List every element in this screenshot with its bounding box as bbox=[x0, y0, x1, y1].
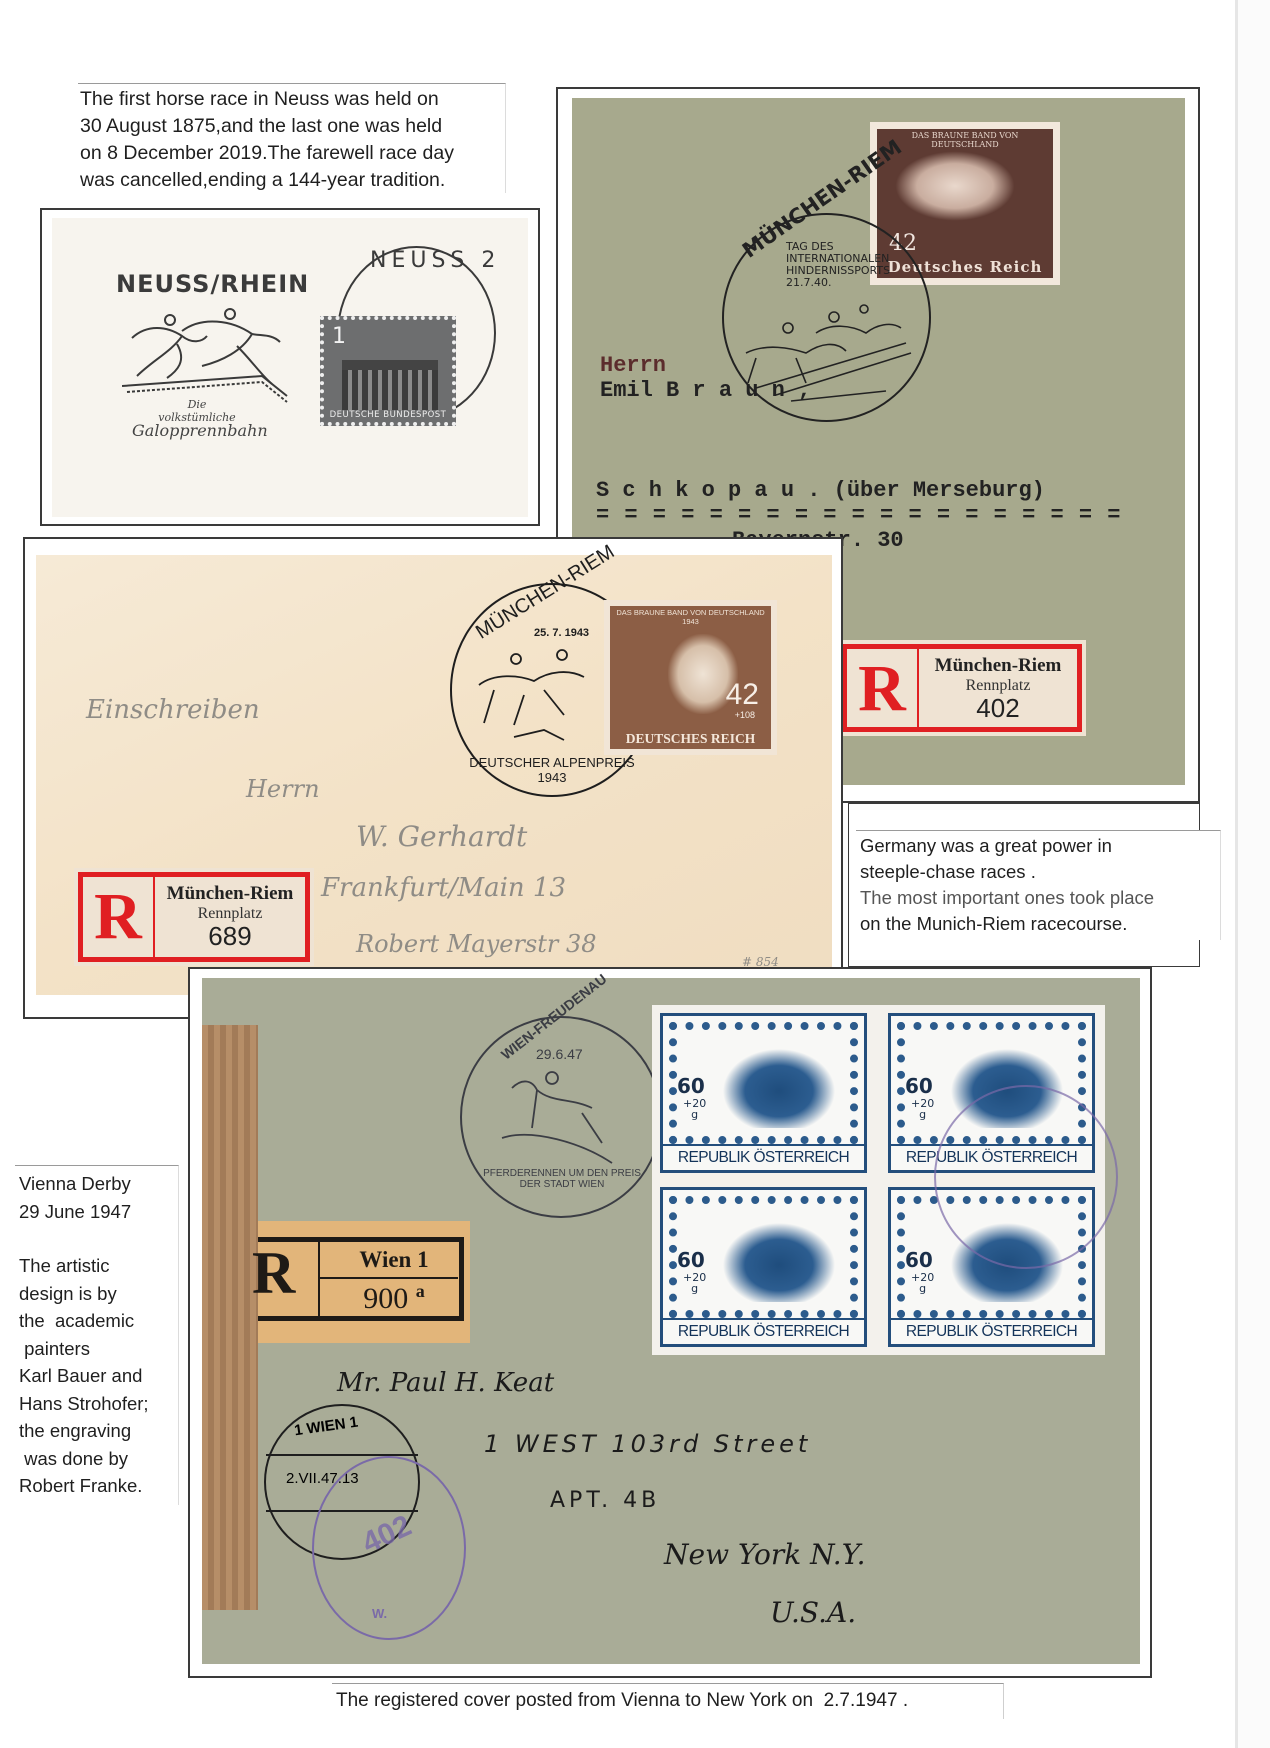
stamp-country: DEUTSCHE BUNDESPOST bbox=[324, 410, 452, 420]
note-line: 30 August 1875,and the last one was held bbox=[80, 113, 505, 140]
brandenburg-gate-stamp: 1 DEUTSCHE BUNDESPOST bbox=[320, 316, 456, 426]
address-salutation: Herrn bbox=[600, 353, 666, 378]
censor-tape bbox=[202, 1025, 258, 1610]
registration-office: München-Riem bbox=[155, 883, 305, 905]
registration-number: 402 bbox=[919, 693, 1077, 724]
unit: g bbox=[919, 1108, 926, 1121]
censor-number: 402 bbox=[357, 1509, 417, 1561]
note-line: Hans Strohofer; bbox=[19, 1390, 178, 1418]
pencil-name: W. Gerhardt bbox=[356, 820, 527, 853]
registration-office: Wien 1 bbox=[324, 1247, 464, 1273]
note-line: the engraving bbox=[19, 1417, 178, 1445]
austria-stamp: 60 +20g REPUBLIK ÖSTERREICH bbox=[660, 1013, 867, 1173]
jumping-horse-icon bbox=[474, 645, 594, 745]
horse-with-jockey-icon bbox=[719, 1046, 839, 1128]
postmark-city: 1 WIEN 1 bbox=[293, 1414, 359, 1440]
braunes-band-1943-stamp: DAS BRAUNE BAND VON DEUTSCHLAND 1943 42 … bbox=[604, 600, 777, 755]
stamp-surcharge: +20g bbox=[911, 1272, 934, 1294]
pencil-registered-mark: Einschreiben bbox=[86, 695, 260, 725]
pencil-salutation: Herrn bbox=[246, 775, 320, 803]
note-line: on the Munich-Riem racecourse. bbox=[860, 911, 1220, 937]
page-edge bbox=[1235, 0, 1238, 1748]
note-line: was done by bbox=[19, 1445, 178, 1473]
unit: g bbox=[691, 1282, 698, 1295]
stamp-value: 42 bbox=[726, 678, 759, 712]
pencil-address-line: Frankfurt/Main 13 bbox=[321, 873, 566, 903]
cancel-date: 29.6.47 bbox=[536, 1046, 583, 1062]
registration-label-wien: R Wien 1 900 a bbox=[258, 1221, 470, 1343]
slogan-title: NEUSS/RHEIN bbox=[116, 270, 309, 298]
quadriga-icon bbox=[895, 151, 1015, 221]
neuss-card: NEUSS/RHEIN Die volkstümliche Galopprenn… bbox=[52, 218, 528, 517]
address-line: APT. 4B bbox=[550, 1488, 660, 1513]
vienna-1947-cover: WIEN-FREUDENAU 29.6.47 PFERDERENNEN UM D… bbox=[202, 978, 1140, 1664]
cancel-date: 25. 7. 1943 bbox=[534, 627, 589, 639]
suffix: a bbox=[416, 1281, 425, 1301]
stamp-country: DEUTSCHES REICH bbox=[610, 731, 771, 747]
cancel-event: PFERDERENNEN UM DEN PREIS DER STADT WIEN bbox=[472, 1168, 652, 1190]
note-line: Vienna Derby bbox=[19, 1170, 178, 1198]
unit: g bbox=[919, 1282, 926, 1295]
note-line: The first horse race in Neuss was held o… bbox=[80, 86, 505, 113]
pencil-address-line: Robert Mayerstr 38 bbox=[356, 930, 597, 958]
address-line: New York N.Y. bbox=[664, 1538, 865, 1571]
registration-letter: R bbox=[847, 649, 919, 727]
unit: g bbox=[691, 1108, 698, 1121]
slogan-line: Galopprennbahn bbox=[132, 424, 262, 437]
slogan-line: Die bbox=[132, 398, 262, 411]
note-line: 29 June 1947 bbox=[19, 1198, 178, 1226]
munich-1943-cover: MÜNCHEN-RIEM 25. 7. 1943 DEUTSCHER ALPEN… bbox=[36, 555, 832, 995]
registration-label-689: R München-Riem Rennplatz 689 bbox=[74, 868, 314, 966]
address-name: Emil B r a u n , bbox=[600, 378, 811, 403]
note-line: Germany was a great power in bbox=[860, 833, 1220, 859]
neuss-history-note: The first horse race in Neuss was held o… bbox=[78, 83, 506, 193]
caption-text: The registered cover posted from Vienna … bbox=[336, 1688, 1003, 1714]
stamp-country: REPUBLIK ÖSTERREICH bbox=[663, 1318, 864, 1344]
note-line: the academic bbox=[19, 1307, 178, 1335]
registration-office: München-Riem bbox=[919, 655, 1077, 677]
registration-label-402: R München-Riem Rennplatz 402 bbox=[838, 640, 1086, 736]
racing-horses-icon bbox=[122, 306, 292, 406]
stamp-value: 60 bbox=[905, 1248, 933, 1272]
note-line: painters bbox=[19, 1335, 178, 1363]
registration-number: 900 a bbox=[324, 1281, 464, 1316]
note-line: on 8 December 2019.The farewell race day bbox=[80, 140, 505, 167]
note-line: Karl Bauer and bbox=[19, 1362, 178, 1390]
note-line: The artistic bbox=[19, 1252, 178, 1280]
violet-freudenau-cancel bbox=[934, 1085, 1118, 1269]
austria-stamp-block: 60 +20g REPUBLIK ÖSTERREICH 60 +20g REPU… bbox=[652, 1005, 1105, 1355]
address-underline: = = = = = = = = = = = = = = = = = = = bbox=[596, 503, 1121, 528]
stamp-title: DAS BRAUNE BAND VON DEUTSCHLAND 1943 bbox=[610, 608, 771, 626]
germany-note: Germany was a great power in steeple-cha… bbox=[856, 830, 1221, 940]
cancel-date: 21.7.40. bbox=[786, 277, 890, 289]
vienna-cover-caption: The registered cover posted from Vienna … bbox=[332, 1683, 1004, 1719]
note-line: Robert Franke. bbox=[19, 1472, 178, 1500]
registration-letter: R bbox=[252, 1239, 295, 1308]
cancel-event: DEUTSCHER ALPENPREIS 1943 bbox=[458, 755, 646, 785]
stamp-title: DAS BRAUNE BAND VON DEUTSCHLAND bbox=[877, 131, 1053, 149]
stamp-surcharge: +20g bbox=[683, 1098, 706, 1120]
address-line: U.S.A. bbox=[770, 1596, 856, 1629]
censor-suffix: W. bbox=[372, 1606, 387, 1621]
address-name: Mr. Paul H. Keat bbox=[337, 1368, 554, 1398]
brandenburg-gate-icon bbox=[342, 360, 438, 410]
note-line: design is by bbox=[19, 1280, 178, 1308]
registration-letter: R bbox=[83, 877, 155, 957]
address-line: 1 WEST 103rd Street bbox=[484, 1430, 811, 1458]
austria-stamp: 60 +20g REPUBLIK ÖSTERREICH bbox=[660, 1187, 867, 1347]
stamp-value: 1 bbox=[332, 324, 346, 349]
stamp-value: 60 bbox=[677, 1248, 705, 1272]
registration-number: 689 bbox=[155, 921, 305, 952]
stamp-surcharge: +108 bbox=[735, 710, 755, 720]
number: 900 bbox=[363, 1282, 408, 1315]
slogan-text: Die volkstümliche Galopprennbahn bbox=[132, 398, 262, 437]
stamp-value: 60 bbox=[905, 1074, 933, 1098]
note-line: The most important ones took place bbox=[860, 885, 1220, 911]
note-line: was cancelled,ending a 144-year traditio… bbox=[80, 167, 505, 194]
note-line: steeple-chase races . bbox=[860, 859, 1220, 885]
stamp-surcharge: +20g bbox=[683, 1272, 706, 1294]
censor-stamp: 402 W. bbox=[312, 1456, 466, 1640]
horse-with-jockey-icon bbox=[719, 1220, 839, 1302]
vienna-derby-note: Vienna Derby 29 June 1947 The artistic d… bbox=[15, 1165, 179, 1505]
neuss-cancel-text: NEUSS 2 bbox=[370, 248, 500, 273]
jumping-horse-icon bbox=[492, 1068, 622, 1178]
address-city: S c h k o p a u . (über Merseburg) bbox=[596, 478, 1045, 503]
stamp-country: REPUBLIK ÖSTERREICH bbox=[891, 1318, 1092, 1344]
stamp-country: REPUBLIK ÖSTERREICH bbox=[663, 1144, 864, 1170]
wien-freudenau-cancel: WIEN-FREUDENAU 29.6.47 PFERDERENNEN UM D… bbox=[460, 1016, 662, 1218]
stamp-value: 60 bbox=[677, 1074, 705, 1098]
stamp-surcharge: +20g bbox=[911, 1098, 934, 1120]
